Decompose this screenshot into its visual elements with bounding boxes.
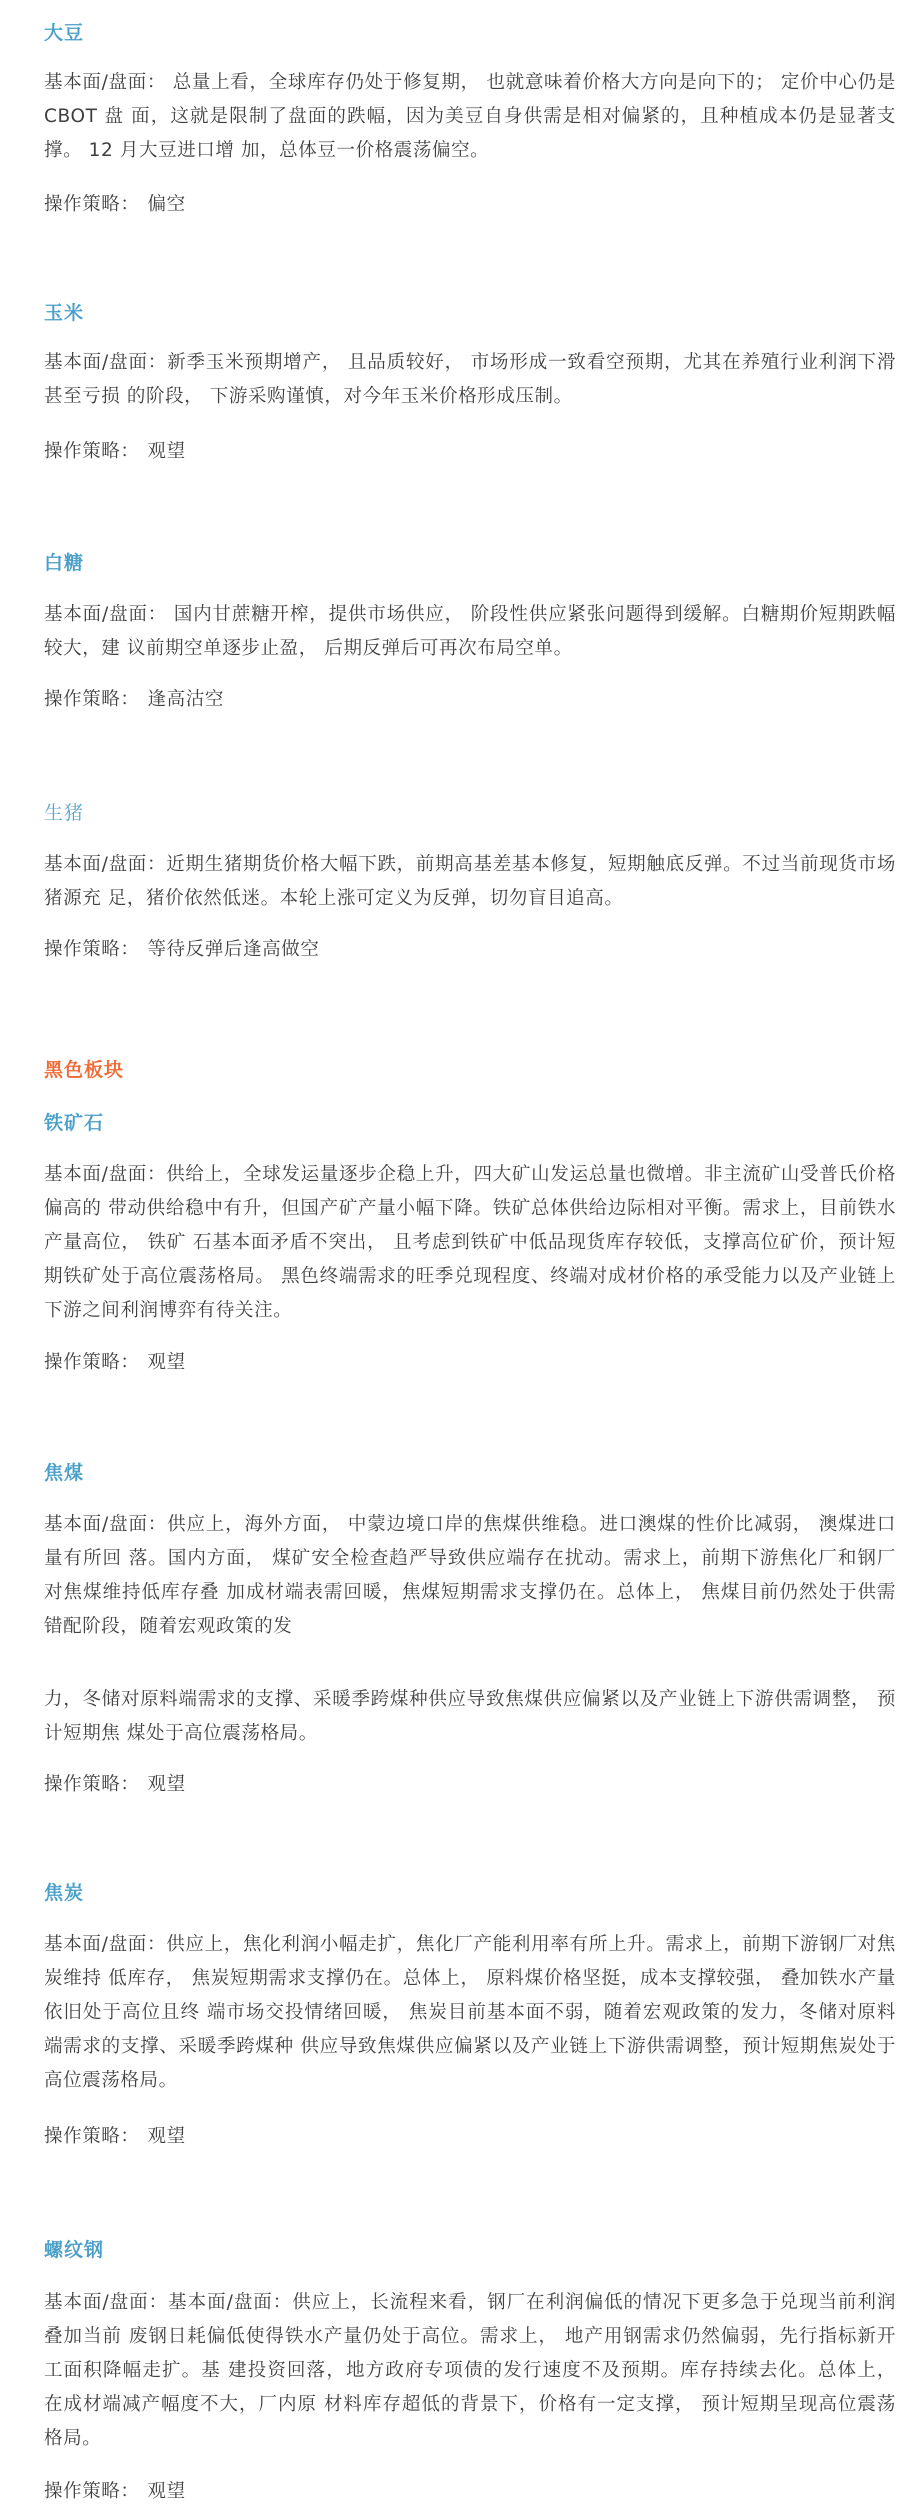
item-body: 基本面/盘面：供应上，海外方面， 中蒙边境口岸的焦煤供维稳。进口澳煤的性价比减弱… xyxy=(44,1508,896,1644)
section-coking-coal: 焦煤 xyxy=(44,1460,896,1486)
strategy-line: 操作策略：观望 xyxy=(44,1770,896,1800)
item-title: 螺纹钢 xyxy=(44,2237,896,2263)
strategy-value: 逢高沽空 xyxy=(148,689,224,710)
strategy-value: 观望 xyxy=(148,441,186,462)
strategy-label: 操作策略： xyxy=(44,1774,140,1795)
section-sugar: 白糖 xyxy=(44,550,896,576)
strategy-value: 观望 xyxy=(148,2481,186,2502)
strategy-line: 操作策略：观望 xyxy=(44,437,896,467)
section-iron-ore: 铁矿石 xyxy=(44,1110,896,1136)
item-title: 铁矿石 xyxy=(44,1110,896,1136)
strategy-label: 操作策略： xyxy=(44,689,140,710)
section-hog: 生猪 xyxy=(44,800,896,826)
strategy-value: 观望 xyxy=(148,1774,186,1795)
item-paragraph: 基本面/盘面：新季玉米预期增产， 且品质较好， 市场形成一致看空预期，尤其在养殖… xyxy=(44,346,896,414)
item-body: 基本面/盘面： 总量上看，全球库存仍处于修复期， 也就意味着价格大方向是向下的；… xyxy=(44,66,896,168)
strategy-line: 操作策略：观望 xyxy=(44,1348,896,1378)
item-title: 大豆 xyxy=(44,20,896,46)
strategy-label: 操作策略： xyxy=(44,2481,140,2502)
strategy-label: 操作策略： xyxy=(44,194,140,215)
item-body: 基本面/盘面：近期生猪期货价格大幅下跌，前期高基差基本修复，短期触底反弹。不过当… xyxy=(44,848,896,916)
item-paragraph: 基本面/盘面：近期生猪期货价格大幅下跌，前期高基差基本修复，短期触底反弹。不过当… xyxy=(44,848,896,916)
item-title: 白糖 xyxy=(44,550,896,576)
strategy-label: 操作策略： xyxy=(44,441,140,462)
strategy-line: 操作策略：偏空 xyxy=(44,190,896,220)
item-paragraph: 基本面/盘面：基本面/盘面：供应上，长流程来看，钢厂在利润偏低的情况下更多急于兑… xyxy=(44,2286,896,2456)
item-body: 基本面/盘面：基本面/盘面：供应上，长流程来看，钢厂在利润偏低的情况下更多急于兑… xyxy=(44,2286,896,2456)
strategy-line: 操作策略：观望 xyxy=(44,2122,896,2152)
strategy-label: 操作策略： xyxy=(44,1352,140,1373)
item-paragraph: 基本面/盘面：供给上，全球发运量逐步企稳上升，四大矿山发运总量也微增。非主流矿山… xyxy=(44,1158,896,1328)
item-body: 基本面/盘面：新季玉米预期增产， 且品质较好， 市场形成一致看空预期，尤其在养殖… xyxy=(44,346,896,414)
strategy-value: 观望 xyxy=(148,1352,186,1373)
item-paragraph: 基本面/盘面： 总量上看，全球库存仍处于修复期， 也就意味着价格大方向是向下的；… xyxy=(44,66,896,168)
strategy-value: 偏空 xyxy=(148,194,186,215)
section-corn: 玉米 xyxy=(44,300,896,326)
item-body: 基本面/盘面： 国内甘蔗糖开榨，提供市场供应， 阶段性供应紧张问题得到缓解。白糖… xyxy=(44,598,896,666)
item-paragraph: 力，冬储对原料端需求的支撑、采暖季跨煤种供应导致焦煤供应偏紧以及产业链上下游供需… xyxy=(44,1683,896,1751)
section-black-heading: 黑色板块 xyxy=(44,1057,896,1083)
item-body: 力，冬储对原料端需求的支撑、采暖季跨煤种供应导致焦煤供应偏紧以及产业链上下游供需… xyxy=(44,1683,896,1751)
item-body: 基本面/盘面：供给上，全球发运量逐步企稳上升，四大矿山发运总量也微增。非主流矿山… xyxy=(44,1158,896,1328)
item-paragraph: 基本面/盘面：供应上，海外方面， 中蒙边境口岸的焦煤供维稳。进口澳煤的性价比减弱… xyxy=(44,1508,896,1644)
item-paragraph: 基本面/盘面：供应上，焦化利润小幅走扩，焦化厂产能利用率有所上升。需求上，前期下… xyxy=(44,1928,896,2098)
item-paragraph: 基本面/盘面： 国内甘蔗糖开榨，提供市场供应， 阶段性供应紧张问题得到缓解。白糖… xyxy=(44,598,896,666)
section-soybean: 大豆 xyxy=(44,20,896,46)
strategy-label: 操作策略： xyxy=(44,939,140,960)
section-coke: 焦炭 xyxy=(44,1880,896,1906)
strategy-value: 等待反弹后逢高做空 xyxy=(148,939,320,960)
strategy-label: 操作策略： xyxy=(44,2126,140,2147)
item-title: 焦煤 xyxy=(44,1460,896,1486)
item-body: 基本面/盘面：供应上，焦化利润小幅走扩，焦化厂产能利用率有所上升。需求上，前期下… xyxy=(44,1928,896,2098)
section-rebar: 螺纹钢 xyxy=(44,2237,896,2263)
strategy-line: 操作策略：逢高沽空 xyxy=(44,685,896,715)
strategy-line: 操作策略：观望 xyxy=(44,2477,896,2507)
item-title: 玉米 xyxy=(44,300,896,326)
strategy-value: 观望 xyxy=(148,2126,186,2147)
strategy-line: 操作策略：等待反弹后逢高做空 xyxy=(44,935,896,965)
section-title: 黑色板块 xyxy=(44,1057,896,1083)
item-title: 生猪 xyxy=(44,800,896,826)
item-title: 焦炭 xyxy=(44,1880,896,1906)
